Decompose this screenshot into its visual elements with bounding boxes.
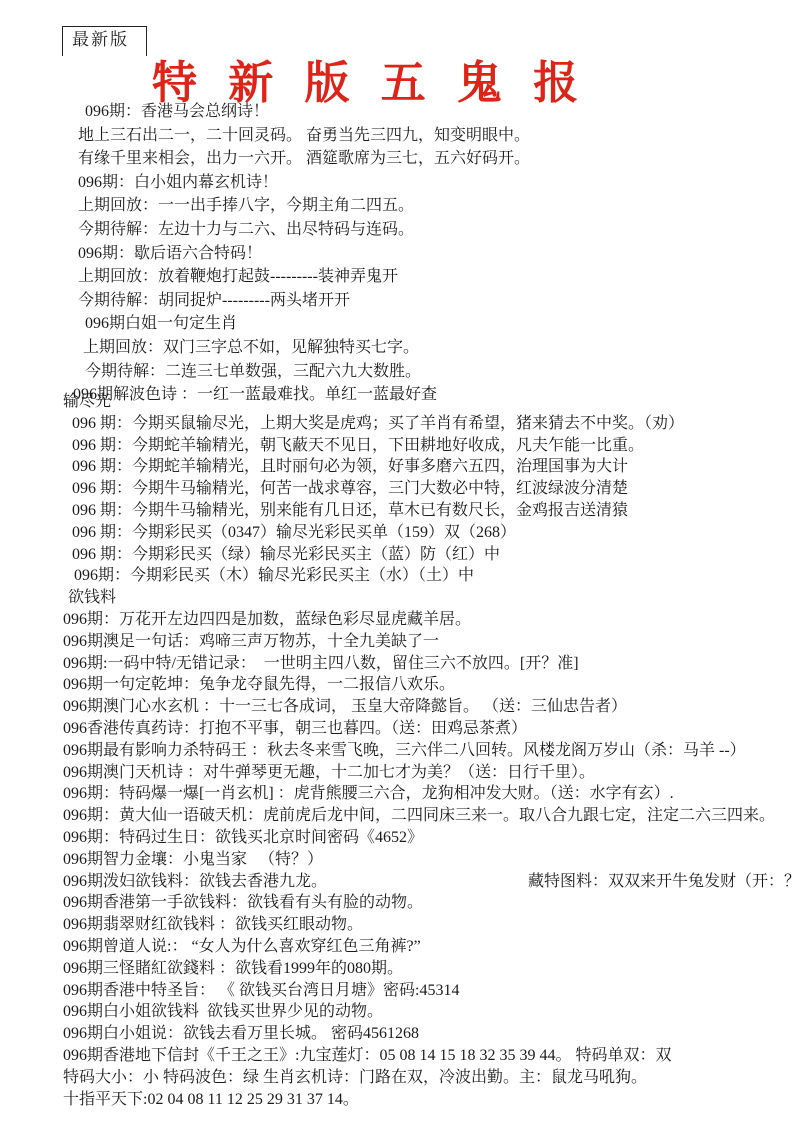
text-line: 地上三石出二一，二十回灵码。 奋勇当先三四九，知变明眼中。	[63, 124, 793, 148]
text-line: 096期：黄大仙一语破天机：虎前虎后龙中间，二四同床三来一。取八合九跟七定，注定…	[63, 805, 793, 827]
text-line: 今期待解：胡同捉炉---------两头堵开开	[63, 289, 793, 313]
text-line: 096期：特码过生日：欲钱买北京时间密码《4652》	[63, 827, 793, 849]
hidden-special-tip-note: 藏特图料：双双来开牛兔发财（开：？）	[528, 871, 793, 893]
text-line: 096期泼妇欲钱料：欲钱去香港九龙。藏特图料：双双来开牛兔发财（开：？）	[63, 871, 793, 893]
text-line: 096期香港中特圣旨： 《 欲钱买台湾日月塘》密码:45314	[63, 980, 793, 1002]
text-line: 096期：香港马会总纲诗！	[63, 100, 793, 124]
text-line: 096期香港第一手欲钱料：欲钱看有头有脸的动物。	[63, 892, 793, 914]
text-line: 096期：今期彩民买（木）输尽光彩民买主（水）（土）中	[63, 565, 793, 587]
text-line: 特码大小：小 特码波色：绿 生肖玄机诗：门路在双，冷波出勤。主：鼠龙马吼狗。	[63, 1067, 793, 1089]
text-line: 096期：万花开左边四四是加数，蓝绿色彩尽显虎藏羊居。	[63, 609, 793, 631]
text-line: 096期澳门天机诗 ：对牛弹琴更无趣，十二加七才为美？（送：日行千里）。	[63, 762, 793, 784]
text-line: 096 期：今期牛马输精光，何苦一战求尊容，三门大数必中特，红波绿波分清楚	[63, 478, 793, 500]
text-line: 096期澳门心水玄机 ：十一三七各成词， 玉皇大帝降懿旨。 （送：三仙忠告者）	[63, 696, 793, 718]
text-line: 096期澳足一句话：鸡啼三声万物苏，十全九美缺了一	[63, 631, 793, 653]
text-line: 096期:一码中特/无错记录： 一世明主四八数，留住三六不放四。[开？准]	[63, 653, 793, 675]
text-line: 上期回放：放着鞭炮打起鼓---------装神弄鬼开	[63, 265, 793, 289]
text-line: 096期：特码爆一爆[一肖玄机] ：虎背熊腰三六合，龙狗相冲发大财。（送：水字有…	[63, 783, 793, 805]
text-line: 096期：歇后语六合特码！	[63, 242, 793, 266]
text-line: 096期白小姐说：欲钱去看万里长城。 密码4561268	[63, 1023, 793, 1045]
text-line: 有缘千里来相会，出力一六开。 酒筵歌席为三七，五六好码开。	[63, 147, 793, 171]
text-line: 096期翡翠财红欲钱料 ：欲钱买红眼动物。	[63, 914, 793, 936]
text-line: 096期白小姐欲钱料 欲钱买世界少见的动物。	[63, 1001, 793, 1023]
text-line: 096 期：今期彩民买（绿）输尽光彩民买主（蓝）防（红）中	[63, 544, 793, 566]
text-line: 096期香港地下信封《千王之王》:九宝莲灯：05 08 14 15 18 32 …	[63, 1045, 793, 1067]
text-line: 今期待解：左边十力与二六、出尽特码与连码。	[63, 218, 793, 242]
text-line: 096 期：今期蛇羊输精光，且时丽句必为领，好事多磨六五四，治理国事为大计	[63, 456, 793, 478]
wugui-report-page: 最新版 特 新 版 五 鬼 报 096期：香港马会总纲诗！地上三石出二一，二十回…	[0, 0, 793, 1122]
text-line: 输尽光	[63, 391, 793, 413]
text-line: 096香港传真药诗：打抱不平事，朝三也暮四。（送：田鸡忌茶煮）	[63, 718, 793, 740]
text-line: 096期：白小姐内幕玄机诗！	[63, 171, 793, 195]
text-line: 096 期：今期蛇羊输精光，朝飞蔽天不见日，下田耕地好收成，凡夫乍能一比重。	[63, 435, 793, 457]
text-line: 096期一句定乾坤：兔争龙夺鼠先得，一二报信八欢乐。	[63, 674, 793, 696]
text-line: 096期最有影响力杀特码王 ：秋去冬来雪飞晚，三六伴二八回转。风楼龙阁万岁山（杀…	[63, 740, 793, 762]
latest-version-badge: 最新版	[62, 26, 147, 56]
text-line: 今期待解：二连三七单数强，三配六九大数胜。	[63, 360, 793, 384]
text-line: 096 期：今期买鼠输尽光，上期大奖是虎鸡；买了羊肖有希望，猪来猜去不中奖。（劝…	[63, 413, 793, 435]
text-line: 096 期：今期彩民买（0347）输尽光彩民买单（159）双（268）	[63, 522, 793, 544]
text-line: 十指平天下:02 04 08 11 12 25 29 31 37 14。	[63, 1089, 793, 1111]
text-line: 096期三怪賭紅欲錢料 ：欲钱看1999年的080期。	[63, 958, 793, 980]
text-line: 096期曾道人说:： “女人为什么喜欢穿红色三角裤?”	[63, 936, 793, 958]
text-line: 上期回放：一一出手捧八字，今期主角二四五。	[63, 194, 793, 218]
top-section: 096期：香港马会总纲诗！地上三石出二一，二十回灵码。 奋勇当先三四九，知变明眼…	[63, 100, 793, 407]
bottom-section: 输尽光096 期：今期买鼠输尽光，上期大奖是虎鸡；买了羊肖有希望，猪来猜去不中奖…	[63, 391, 793, 1110]
text-line: 上期回放：双门三字总不如，见解独特买七字。	[63, 336, 793, 360]
text-line: 096 期：今期牛马输精光，别来能有几日还，草木已有数尺长，金鸡报吉送清猿	[63, 500, 793, 522]
text-line: 096期白姐一句定生肖	[63, 312, 793, 336]
text-line: 欲钱料	[63, 587, 793, 609]
text-line: 096期智力金壤：小鬼当家 （特？）	[63, 849, 793, 871]
